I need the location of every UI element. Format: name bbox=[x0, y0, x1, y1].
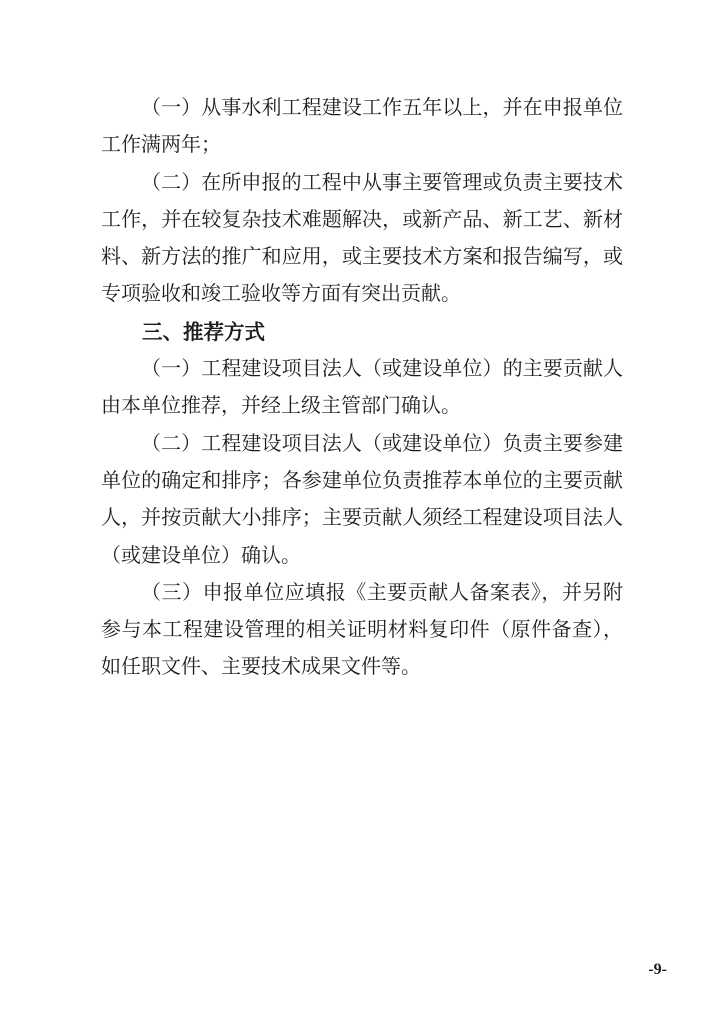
text-line: 人，并按贡献大小排序；主要贡献人须经工程建设项目法人 bbox=[101, 500, 623, 537]
paragraph: （三）申报单位应填报《主要贡献人备案表》，并另附 参与本工程建设管理的相关证明材… bbox=[101, 575, 623, 687]
paragraph: （一）从事水利工程建设工作五年以上，并在申报单位 工作满两年； bbox=[101, 90, 623, 165]
text-line: （一）从事水利工程建设工作五年以上，并在申报单位 bbox=[101, 90, 623, 127]
text-line: （二）工程建设项目法人（或建设单位）负责主要参建 bbox=[101, 426, 623, 463]
text-line: 专项验收和竣工验收等方面有突出贡献。 bbox=[101, 276, 623, 313]
page-number: -9- bbox=[648, 961, 667, 979]
text-line: 参与本工程建设管理的相关证明材料复印件（原件备查）， bbox=[101, 612, 623, 649]
text-line: 工作，并在较复杂技术难题解决，或新产品、新工艺、新材 bbox=[101, 202, 623, 239]
text-line: 如任职文件、主要技术成果文件等。 bbox=[101, 649, 623, 686]
paragraph: （二）工程建设项目法人（或建设单位）负责主要参建 单位的确定和排序；各参建单位负… bbox=[101, 426, 623, 575]
text-line: 工作满两年； bbox=[101, 127, 623, 164]
text-line: 料、新方法的推广和应用，或主要技术方案和报告编写，或 bbox=[101, 239, 623, 276]
document-body: （一）从事水利工程建设工作五年以上，并在申报单位 工作满两年； （二）在所申报的… bbox=[101, 90, 623, 687]
text-line: 单位的确定和排序；各参建单位负责推荐本单位的主要贡献 bbox=[101, 463, 623, 500]
text-line: （三）申报单位应填报《主要贡献人备案表》，并另附 bbox=[101, 575, 623, 612]
document-page: （一）从事水利工程建设工作五年以上，并在申报单位 工作满两年； （二）在所申报的… bbox=[0, 0, 724, 1024]
text-line: （一）工程建设项目法人（或建设单位）的主要贡献人 bbox=[101, 351, 623, 388]
text-line: （或建设单位）确认。 bbox=[101, 538, 623, 575]
text-line: 由本单位推荐，并经上级主管部门确认。 bbox=[101, 388, 623, 425]
section-heading: 三、推荐方式 bbox=[101, 314, 623, 351]
text-line: （二）在所申报的工程中从事主要管理或负责主要技术 bbox=[101, 165, 623, 202]
paragraph: （二）在所申报的工程中从事主要管理或负责主要技术 工作，并在较复杂技术难题解决，… bbox=[101, 165, 623, 314]
paragraph: 三、推荐方式 bbox=[101, 314, 623, 351]
paragraph: （一）工程建设项目法人（或建设单位）的主要贡献人 由本单位推荐，并经上级主管部门… bbox=[101, 351, 623, 426]
